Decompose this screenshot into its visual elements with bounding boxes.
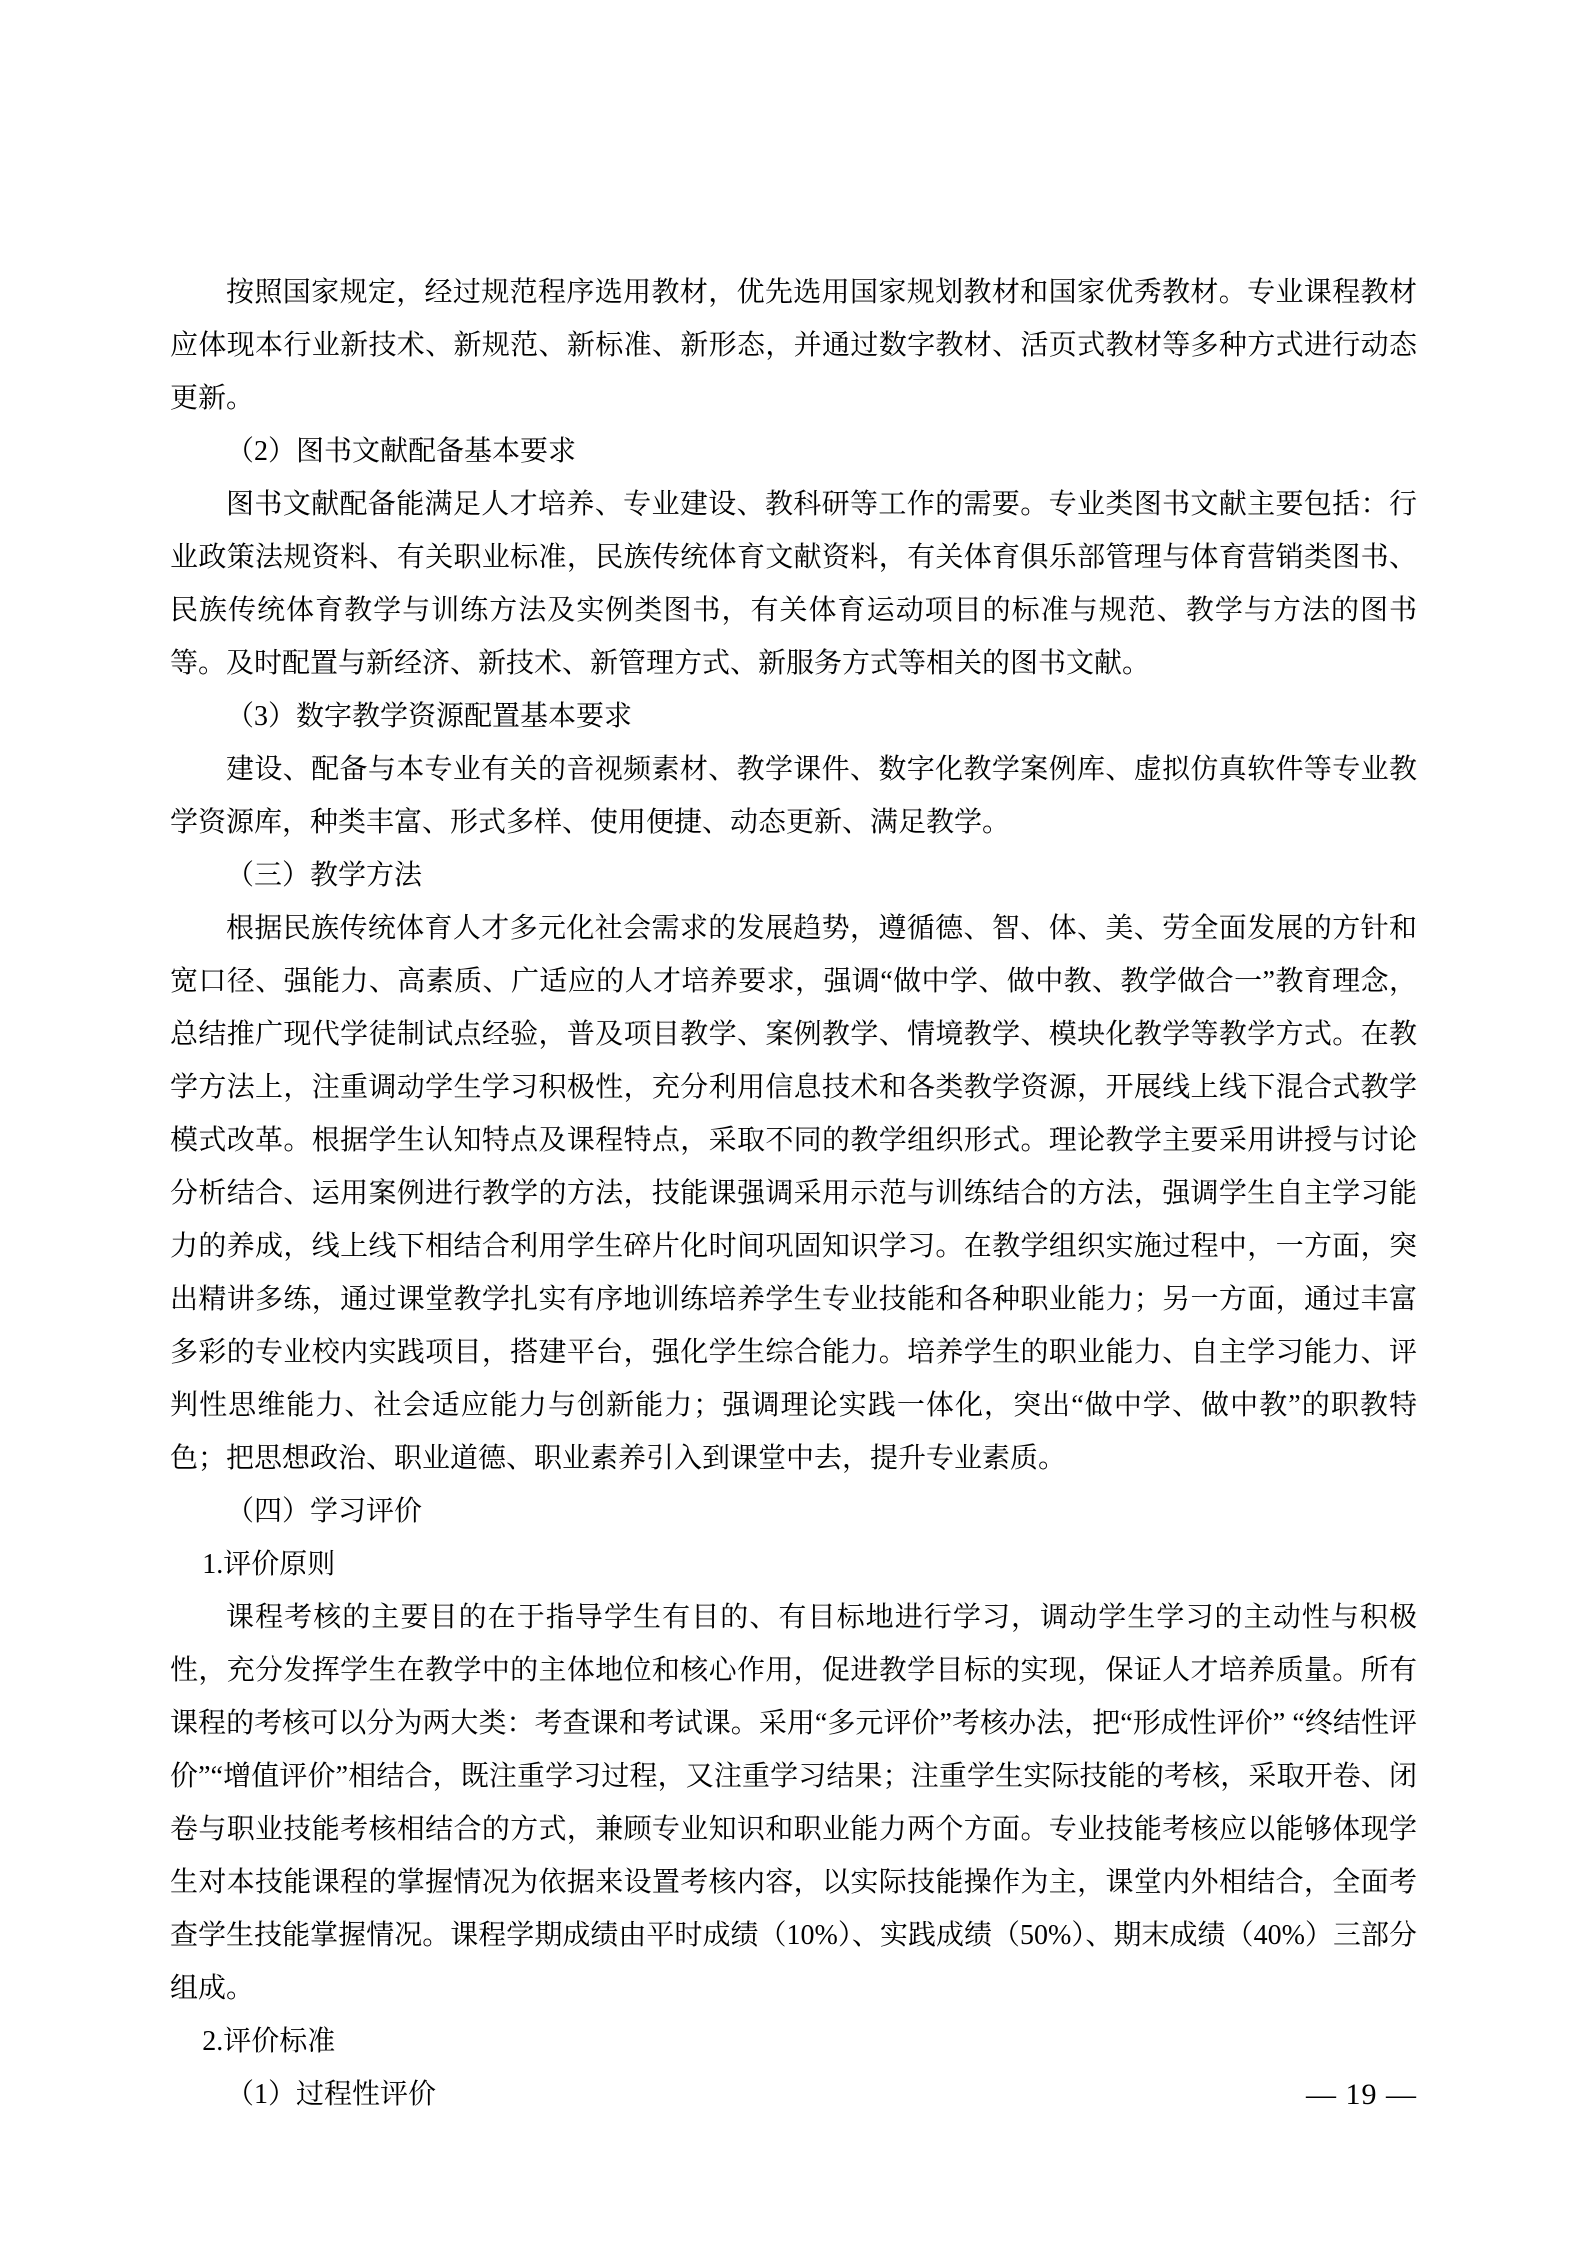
- heading-library-requirements: （2）图书文献配备基本要求: [170, 425, 1417, 478]
- paragraph-digital-resources: 建设、配备与本专业有关的音视频素材、教学课件、数字化教学案例库、虚拟仿真软件等专…: [170, 743, 1417, 849]
- heading-evaluation-principles: 1.评价原则: [170, 1538, 1417, 1591]
- paragraph-teaching-methods: 根据民族传统体育人才多元化社会需求的发展趋势，遵循德、智、体、美、劳全面发展的方…: [170, 902, 1417, 1485]
- heading-teaching-methods: （三）教学方法: [170, 849, 1417, 902]
- paragraph-library-literature: 图书文献配备能满足人才培养、专业建设、教科研等工作的需要。专业类图书文献主要包括…: [170, 478, 1417, 690]
- page-number: — 19 —: [1306, 2078, 1417, 2112]
- heading-process-evaluation: （1）过程性评价: [170, 2068, 1417, 2121]
- heading-evaluation-standards: 2.评价标准: [170, 2015, 1417, 2068]
- document-body: 按照国家规定，经过规范程序选用教材，优先选用国家规划教材和国家优秀教材。专业课程…: [170, 266, 1417, 2121]
- heading-learning-evaluation: （四）学习评价: [170, 1485, 1417, 1538]
- paragraph-evaluation-principles: 课程考核的主要目的在于指导学生有目的、有目标地进行学习，调动学生学习的主动性与积…: [170, 1591, 1417, 2015]
- paragraph-textbook-selection: 按照国家规定，经过规范程序选用教材，优先选用国家规划教材和国家优秀教材。专业课程…: [170, 266, 1417, 425]
- document-page: 按照国家规定，经过规范程序选用教材，优先选用国家规划教材和国家优秀教材。专业课程…: [0, 0, 1587, 2245]
- heading-digital-resources: （3）数字教学资源配置基本要求: [170, 690, 1417, 743]
